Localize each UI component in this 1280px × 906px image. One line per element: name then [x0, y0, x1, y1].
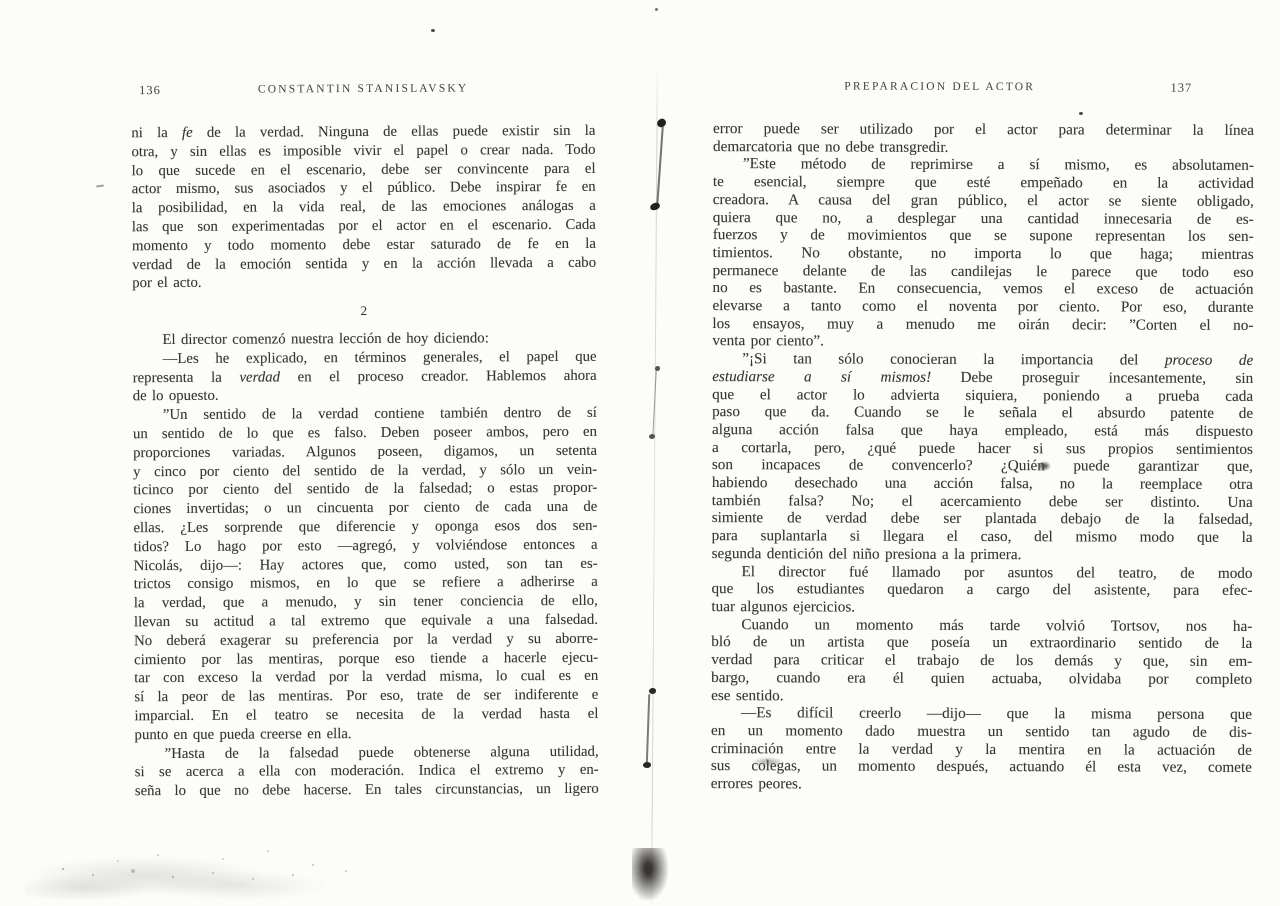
text-line: criminación entre la verdad y la mentira… [711, 740, 1252, 760]
text-line: ”Este método de reprimirse a sí mismo, e… [713, 155, 1254, 175]
text-line: tidos? Lo hago por esto —agregó, y volvi… [134, 536, 598, 557]
text-segment: tidos? Lo hago por esto —agregó, y volvi… [134, 537, 598, 555]
text-line: ese sentido. [711, 687, 1252, 707]
text-segment: llevan su actitud a tal extremo que equi… [134, 612, 598, 630]
text-line: imparcial. En el teatro se necesita de l… [134, 705, 598, 726]
scan-speck [655, 8, 658, 11]
text-segment: si se acerca a ella con moderación. Indi… [135, 762, 599, 780]
text-line: quiera que no, a desplegar una cantidad … [713, 209, 1254, 229]
binding-stitch-mark [649, 688, 656, 694]
text-line: representa la verdad en el proceso cread… [133, 366, 597, 387]
binding-ink-blot [632, 848, 668, 900]
binding-gutter-line [651, 62, 658, 904]
binding-stitch-mark [643, 762, 651, 768]
text-segment: El director comenzó nuestra lección de h… [162, 330, 488, 348]
text-line: que los estudiantes quedaron a cargo del… [711, 580, 1252, 600]
text-line: bló de un artista que poseía un extraord… [711, 633, 1252, 653]
text-segment: en un momento dado muestra un sentido ta… [711, 722, 1252, 741]
text-segment: verdad de la emoción sentida y en la acc… [132, 254, 596, 272]
paragraph: ”Este método de reprimirse a sí mismo, e… [712, 155, 1254, 352]
text-line: llevan su actitud a tal extremo que equi… [134, 611, 598, 632]
scanned-book-spread: { "colors": { "paper": "#fcfcfa", "ink":… [0, 0, 1280, 906]
text-segment: bargo, cuando era él quien actuaba, olvi… [711, 669, 1252, 688]
text-segment: creadora. A causa del gran público, el a… [713, 191, 1254, 210]
text-segment: permanece delante de las candilejas le p… [713, 262, 1254, 281]
text-segment: seña lo que no debe hacerse. En tales ci… [135, 781, 599, 799]
text-segment: habiendo desechado una acción falsa, no … [712, 474, 1253, 493]
text-line: y cinco por ciento del sentido de la ver… [133, 460, 597, 481]
text-line: No deberá exagerar su preferencia por la… [134, 630, 598, 651]
text-segment: ellas. ¿Les sorprende que diferencie y o… [133, 518, 597, 536]
text-line: bargo, cuando era él quien actuaba, olvi… [711, 669, 1252, 689]
text-segment: No deberá exagerar su preferencia por la… [134, 631, 598, 649]
binding-stitch-mark [656, 117, 668, 128]
text-line: tuar algunos ejercicios. [711, 598, 1252, 618]
book-page-right: PREPARACION DEL ACTOR 137 error puede se… [711, 79, 1254, 795]
text-segment: las que son experimentadas por el actor … [132, 217, 596, 235]
text-segment: Cuando un momento más tarde volvió Torts… [741, 616, 1252, 635]
text-segment: ”Un sentido de la verdad contiene tambié… [163, 405, 597, 423]
text-segment: ni la [131, 125, 182, 141]
text-line: a cortarla, pero, ¿qué puede hacer si su… [712, 439, 1253, 459]
text-segment: no es bastante. En consecuencia, vemos e… [712, 279, 1253, 298]
text-line: actor mismo, sus asociados y el público.… [132, 178, 596, 199]
text-segment: lo que sucede en el escenario, debe ser … [132, 160, 596, 178]
corner-scan-smudge [25, 836, 370, 900]
page-number-right: 137 [1170, 81, 1192, 96]
text-segment: un sentido de lo que es falso. Deben pos… [133, 424, 597, 442]
italic-text: verdad [239, 369, 280, 385]
text-line: las que son experimentadas por el actor … [132, 216, 596, 237]
text-line: —Les he explicado, en términos generales… [133, 348, 597, 369]
text-segment: sí la peor de las mentiras. Por eso, tra… [134, 687, 598, 705]
text-line: errores peores. [711, 775, 1252, 795]
paragraph: —Es difícil creerlo —dijo— que la misma … [711, 704, 1252, 794]
binding-stitch-mark [649, 202, 661, 212]
text-segment: que los estudiantes quedaron a cargo del… [711, 580, 1252, 599]
text-line: —Es difícil creerlo —dijo— que la misma … [711, 704, 1252, 724]
text-segment: representa la [133, 369, 240, 386]
italic-text: fe [182, 125, 193, 141]
book-page-left: 136 CONSTANTIN STANISLAVSKY ni la fe de … [131, 81, 599, 801]
paragraph: El director fué llamado por asuntos del … [711, 563, 1252, 618]
margin-pencil-tick [96, 184, 104, 187]
page-body-left: ni la fe de la verdad. Ninguna de ellas … [131, 122, 599, 801]
text-line: si se acerca a ella con moderación. Indi… [135, 761, 599, 782]
text-line: por el acto. [132, 272, 596, 293]
paragraph: El director comenzó nuestra lección de h… [132, 329, 596, 350]
text-segment: ticinco por ciento del sentido de la fal… [133, 480, 597, 498]
text-line: de lo opuesto. [133, 385, 597, 406]
text-segment: de lo opuesto. [133, 388, 219, 404]
text-segment: que el actor lo advierta siquiera, ponie… [712, 386, 1253, 405]
text-line: segunda dentición del niño presiona a la… [712, 545, 1253, 565]
text-segment: son incapaces de convencerlo? ¿Quién pue… [712, 456, 1253, 475]
text-segment: ese sentido. [711, 687, 784, 704]
text-segment: sus colegas, un momento después, actuand… [711, 757, 1252, 776]
text-line: Nicolás, dijo—: Hay actores que, como us… [134, 554, 598, 575]
text-line: en un momento dado muestra un sentido ta… [711, 722, 1252, 742]
section-number: 2 [132, 301, 596, 322]
text-line: punto en que pueda creerse en ella. [134, 723, 598, 744]
text-line: ellas. ¿Les sorprende que diferencie y o… [133, 517, 597, 538]
text-line: no es bastante. En consecuencia, vemos e… [712, 279, 1253, 299]
text-segment: El director fué llamado por asuntos del … [741, 563, 1252, 582]
text-line: seña lo que no debe hacerse. En tales ci… [135, 780, 599, 801]
text-line: momento y todo momento debe estar satura… [132, 235, 596, 256]
text-line: sí la peor de las mentiras. Por eso, tra… [134, 686, 598, 707]
text-segment: Debe proseguir incesantemente, sin [931, 369, 1253, 387]
text-segment: error puede ser utilizado por el actor p… [713, 120, 1254, 139]
italic-text: estudiarse a sí mismos! [712, 368, 931, 386]
running-header-right: PREPARACION DEL ACTOR 137 [713, 79, 1254, 101]
text-segment: segunda dentición del niño presiona a la… [712, 545, 1022, 563]
binding-stitch-thread [646, 694, 650, 766]
paragraph: ”Un sentido de la verdad contiene tambié… [133, 404, 599, 745]
text-line: los ensayos, muy a menudo me oirán decir… [712, 315, 1253, 335]
binding-stitch-mark [655, 366, 660, 371]
text-segment: fuerzos y de movimientos que se supone r… [713, 226, 1254, 245]
text-segment: y cinco por ciento del sentido de la ver… [133, 461, 597, 479]
text-line: trictos consigo mismos, en lo que se ref… [134, 573, 598, 594]
text-segment: verdad para criticar el trabajo de los d… [711, 651, 1252, 670]
paragraph: error puede ser utilizado por el actor p… [713, 120, 1254, 157]
scan-speck [431, 29, 435, 32]
text-segment: proporciones variadas. Algunos poseen, d… [133, 443, 597, 461]
paragraph: ni la fe de la verdad. Ninguna de ellas … [131, 122, 596, 294]
text-line: timientos. No obstante, no importa lo qu… [713, 244, 1254, 264]
text-line: la posibilidad, en la vida real, de las … [132, 197, 596, 218]
text-segment: timientos. No obstante, no importa lo qu… [713, 244, 1254, 263]
text-line: lo que sucede en el escenario, debe ser … [132, 159, 596, 180]
text-segment: errores peores. [711, 775, 802, 792]
text-line: ”¡Si tan sólo conocieran la importancia … [712, 350, 1253, 370]
text-line: otra, y sin ellas es imposible vivir el … [131, 141, 595, 162]
text-segment: tuar algunos ejercicios. [711, 598, 855, 616]
paragraph: ”¡Si tan sólo conocieran la importancia … [712, 350, 1254, 564]
text-line: estudiarse a sí mismos! Debe proseguir i… [712, 368, 1253, 388]
text-line: te esencial, siempre que esté empeñado e… [713, 173, 1254, 193]
text-segment: —Les he explicado, en términos generales… [163, 349, 597, 367]
text-line: ni la fe de la verdad. Ninguna de ellas … [131, 122, 595, 143]
text-segment: simiente de verdad debe ser plantada deb… [712, 510, 1253, 529]
text-line: sus colegas, un momento después, actuand… [711, 757, 1252, 777]
italic-text: proceso de [1165, 352, 1253, 369]
text-line: para suplantarla si llegara el caso, del… [712, 527, 1253, 547]
text-line: ”Un sentido de la verdad contiene tambié… [133, 404, 597, 425]
text-line: creadora. A causa del gran público, el a… [713, 191, 1254, 211]
text-segment: de la verdad. Ninguna de ellas puede exi… [193, 123, 596, 141]
page-body-right: error puede ser utilizado por el actor p… [711, 120, 1254, 795]
text-segment: tar con exceso la verdad por la verdad m… [134, 668, 598, 686]
text-line: son incapaces de convencerlo? ¿Quién pue… [712, 456, 1253, 476]
text-line: la verdad, que a menudo, y sin tener con… [134, 592, 598, 613]
paragraph: —Les he explicado, en términos generales… [133, 348, 597, 407]
text-segment: paso que da. Cuando se le señala el absu… [712, 403, 1253, 422]
text-segment: demarcatoria que no debe transgredir. [713, 138, 948, 156]
text-segment: te esencial, siempre que esté empeñado e… [713, 173, 1254, 192]
text-segment: los ensayos, muy a menudo me oirán decir… [712, 315, 1253, 334]
text-line: que el actor lo advierta siquiera, ponie… [712, 386, 1253, 406]
text-line: verdad para criticar el trabajo de los d… [711, 651, 1252, 671]
text-segment: ”¡Si tan sólo conocieran la importancia … [742, 350, 1165, 368]
text-line: permanece delante de las candilejas le p… [713, 262, 1254, 282]
text-line: venta por ciento”. [712, 332, 1253, 352]
text-segment: punto en que pueda creerse en ella. [134, 726, 351, 743]
text-segment: criminación entre la verdad y la mentira… [711, 740, 1252, 759]
binding-stitch-thread [656, 126, 663, 206]
text-segment: a cortarla, pero, ¿qué puede hacer si su… [712, 439, 1253, 458]
binding-stitch-mark [649, 434, 655, 439]
running-title-left: CONSTANTIN STANISLAVSKY [131, 82, 595, 96]
text-segment: momento y todo momento debe estar satura… [132, 236, 596, 254]
text-line: alguna acción falsa que haya empleado, e… [712, 421, 1253, 441]
text-segment: ”Este método de reprimirse a sí mismo, e… [743, 156, 1254, 175]
text-line: ”Hasta de la falsedad puede obtenerse al… [135, 742, 599, 763]
text-segment: otra, y sin ellas es imposible vivir el … [131, 142, 595, 160]
text-segment: elevarse a tanto como el noventa por cie… [712, 297, 1253, 316]
running-title-right: PREPARACION DEL ACTOR [669, 80, 1210, 94]
text-line: simiente de verdad debe ser plantada deb… [712, 510, 1253, 530]
text-segment: trictos consigo mismos, en lo que se ref… [134, 574, 598, 592]
text-segment: actor mismo, sus asociados y el público.… [132, 179, 596, 197]
text-segment: por el acto. [132, 275, 201, 291]
text-line: ticinco por ciento del sentido de la fal… [133, 479, 597, 500]
running-header-left: 136 CONSTANTIN STANISLAVSKY [131, 81, 595, 103]
text-line: tar con exceso la verdad por la verdad m… [134, 667, 598, 688]
paragraph: ”Hasta de la falsedad puede obtenerse al… [135, 742, 599, 801]
text-segment: quiera que no, a desplegar una cantidad … [713, 209, 1254, 228]
text-line: paso que da. Cuando se le señala el absu… [712, 403, 1253, 423]
text-segment: bló de un artista que poseía un extraord… [711, 633, 1252, 652]
text-segment: venta por ciento”. [712, 332, 824, 349]
text-segment: imparcial. En el teatro se necesita de l… [134, 706, 598, 724]
text-segment: Nicolás, dijo—: Hay actores que, como us… [134, 555, 598, 573]
text-segment: la verdad, que a menudo, y sin tener con… [134, 593, 598, 611]
text-segment: —Es difícil creerlo —dijo— que la misma … [741, 704, 1252, 723]
text-segment: en el proceso creador. Hablemos ahora [280, 367, 597, 385]
text-segment: también falsa? No; el acercamiento debe … [712, 492, 1253, 511]
binding-stitch-thread [652, 370, 657, 438]
text-line: El director fué llamado por asuntos del … [711, 563, 1252, 583]
text-segment: ”Hasta de la falsedad puede obtenerse al… [165, 743, 599, 761]
text-segment: la posibilidad, en la vida real, de las … [132, 198, 596, 216]
text-line: un sentido de lo que es falso. Deben pos… [133, 423, 597, 444]
paragraph: Cuando un momento más tarde volvió Torts… [711, 616, 1252, 706]
text-line: también falsa? No; el acercamiento debe … [712, 492, 1253, 512]
text-line: demarcatoria que no debe transgredir. [713, 138, 1254, 158]
text-segment: cimiento por las mentiras, porque eso ti… [134, 649, 598, 667]
text-line: proporciones variadas. Algunos poseen, d… [133, 442, 597, 463]
text-line: El director comenzó nuestra lección de h… [132, 329, 596, 350]
text-line: cimiento por las mentiras, porque eso ti… [134, 648, 598, 669]
text-segment: alguna acción falsa que haya empleado, e… [712, 421, 1253, 440]
text-line: ciones invertidas; o un cincuenta por ci… [133, 498, 597, 519]
text-line: elevarse a tanto como el noventa por cie… [712, 297, 1253, 317]
text-segment: ciones invertidas; o un cincuenta por ci… [133, 499, 597, 517]
text-line: fuerzos y de movimientos que se supone r… [713, 226, 1254, 246]
corner-scan-specks [62, 868, 64, 870]
text-line: error puede ser utilizado por el actor p… [713, 120, 1254, 140]
text-line: verdad de la emoción sentida y en la acc… [132, 253, 596, 274]
text-line: habiendo desechado una acción falsa, no … [712, 474, 1253, 494]
text-line: Cuando un momento más tarde volvió Torts… [711, 616, 1252, 636]
text-segment: para suplantarla si llegara el caso, del… [712, 527, 1253, 546]
